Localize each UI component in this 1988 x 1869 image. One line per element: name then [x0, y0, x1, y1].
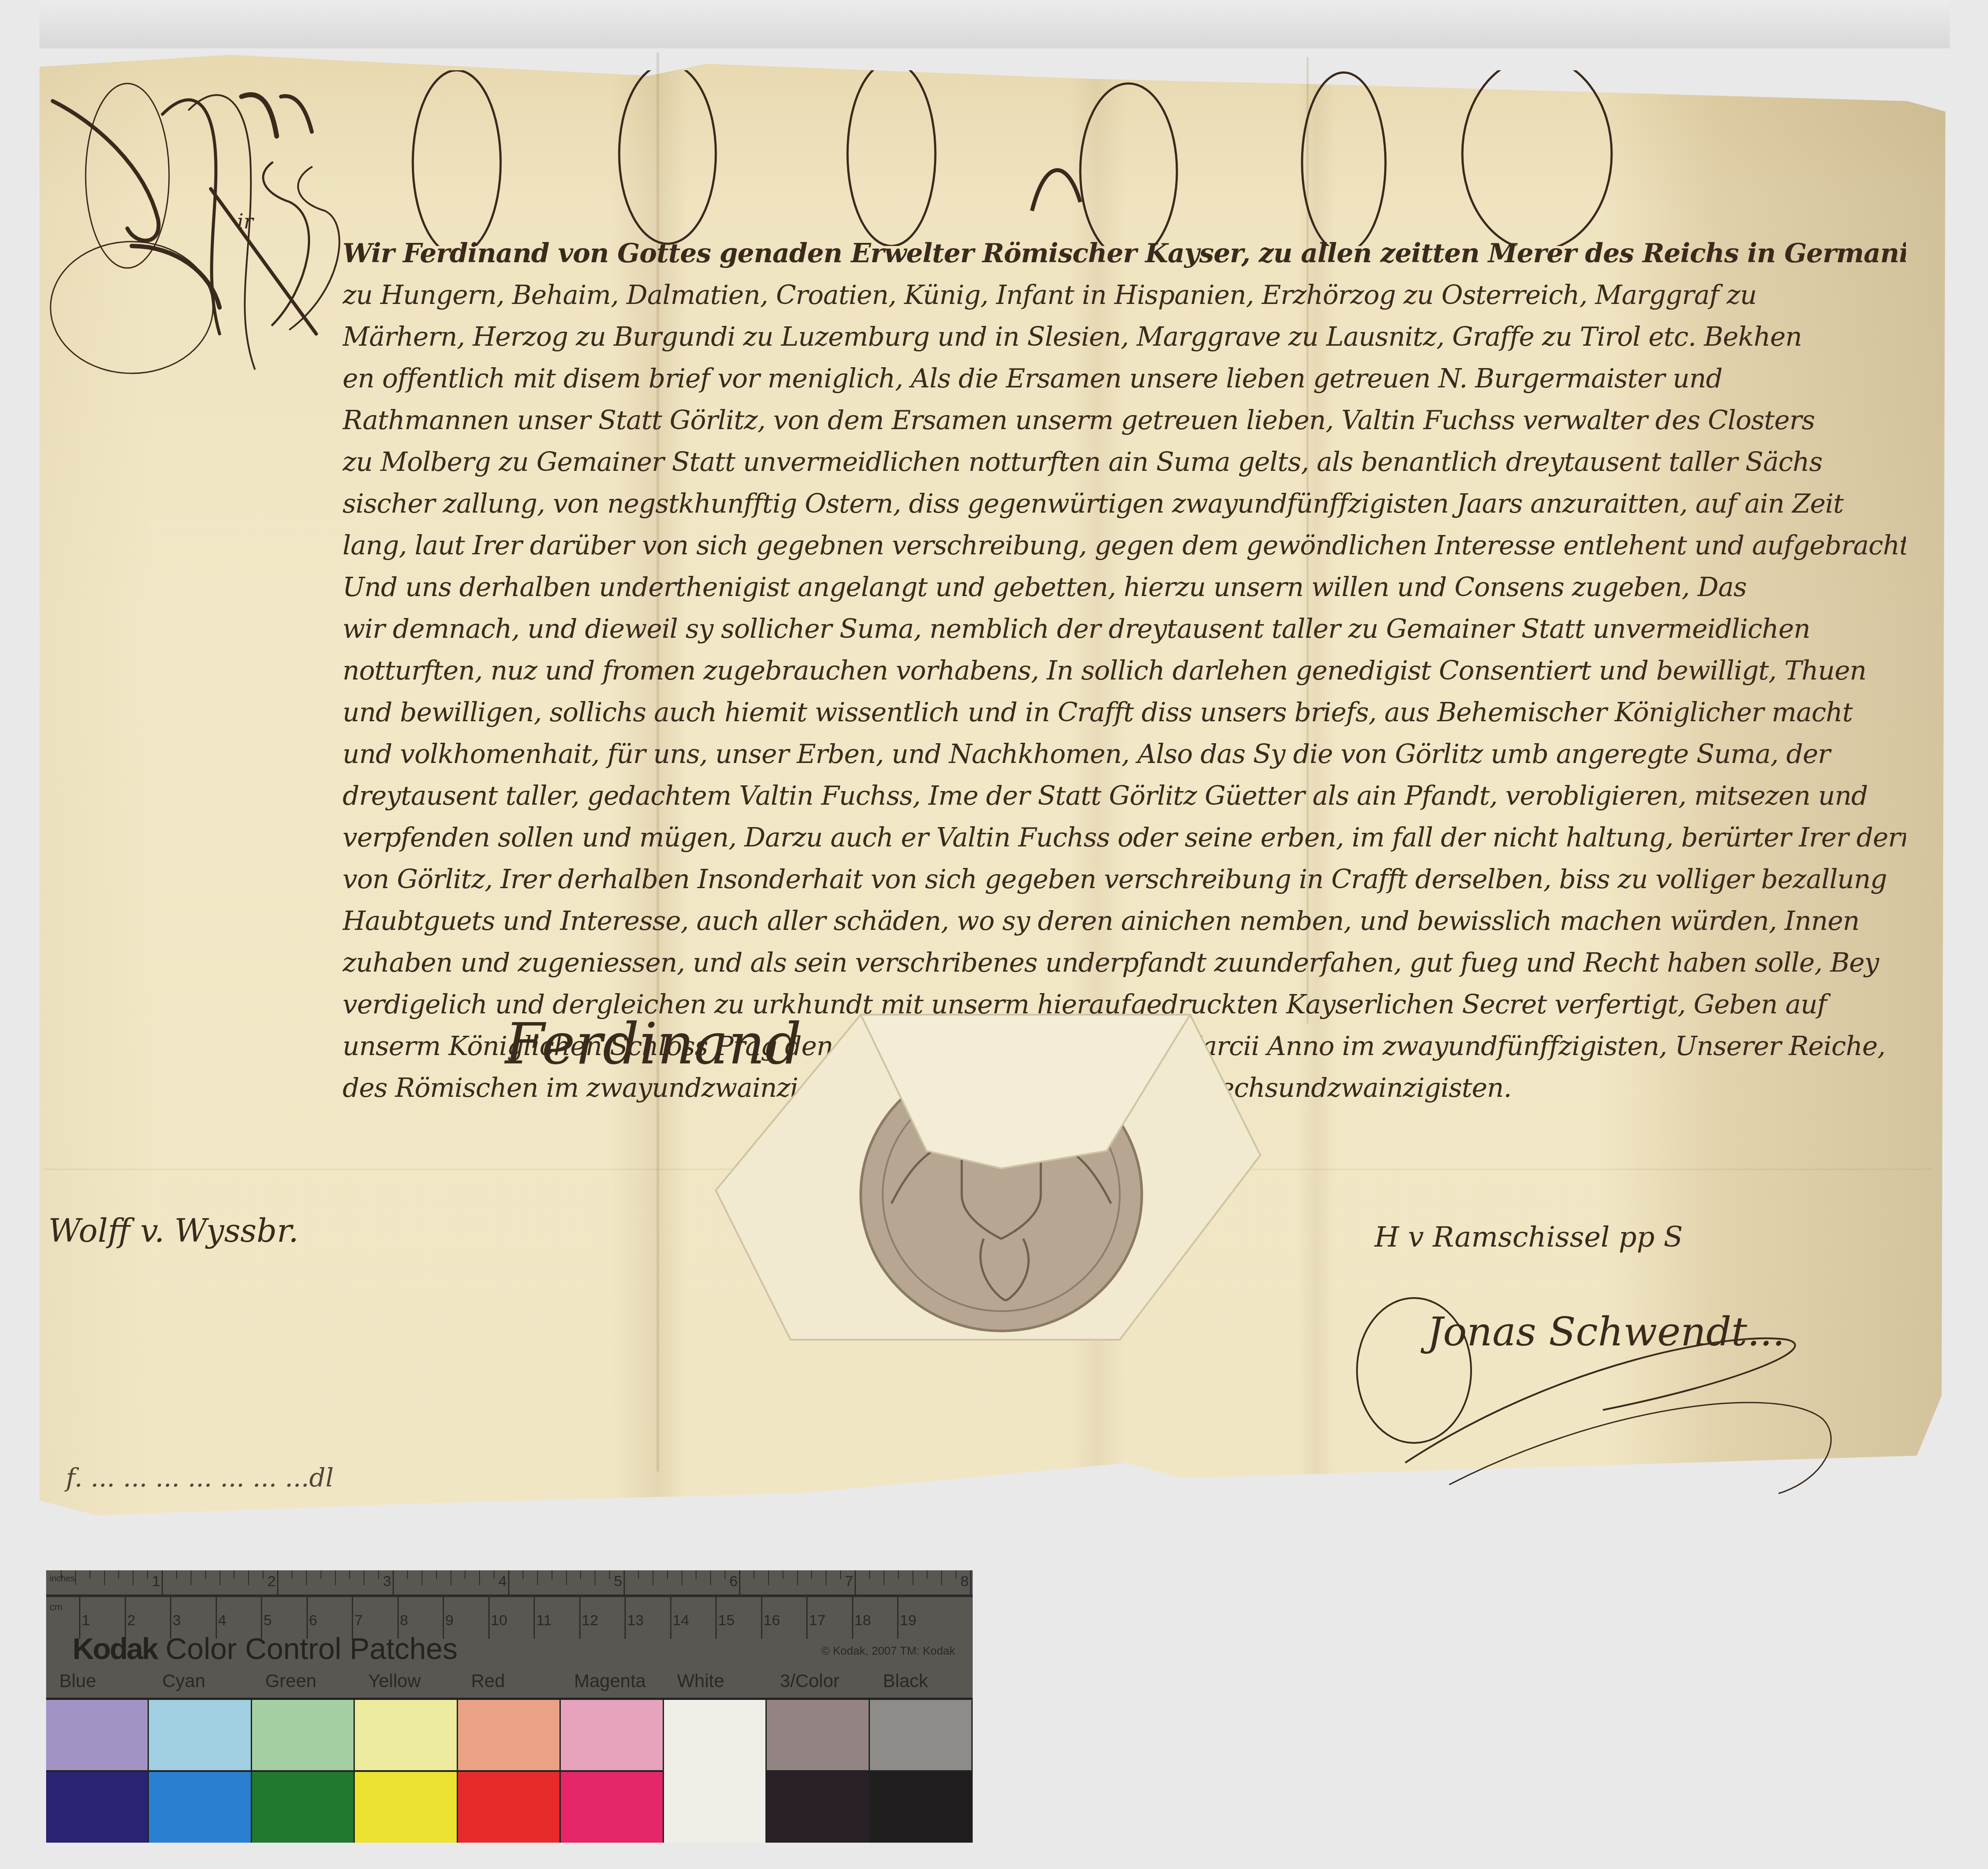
ruler-minor-tick: [710, 1570, 711, 1585]
ruler-minor-tick: [75, 1570, 76, 1585]
text-line: Rathmannen unser Statt Görlitz, von dem …: [343, 400, 1906, 441]
heading-ovals: [395, 70, 1888, 246]
target-title-text: Color Control Patches: [166, 1632, 458, 1666]
ruler-minor-tick: [133, 1570, 133, 1585]
patch-label-yellow: Yellow: [368, 1670, 421, 1692]
ruler-inch-number: 4: [498, 1573, 507, 1590]
text-line: und volkhomenhait, für uns, unser Erben,…: [343, 734, 1906, 775]
ruler-cm-number: 17: [809, 1612, 826, 1629]
ruler-cm-number: 7: [354, 1612, 363, 1629]
ruler-minor-tick: [306, 1570, 307, 1585]
ruler-minor-tick: [667, 1570, 668, 1579]
ruler-inches-label: inches: [50, 1574, 75, 1584]
ruler-minor-tick: [263, 1570, 263, 1579]
ruler-minor-tick: [783, 1570, 783, 1579]
ruler-minor-tick: [321, 1570, 321, 1579]
ruler-minor-tick: [465, 1570, 465, 1579]
ruler-minor-tick: [234, 1570, 235, 1579]
ruler-cm-number: 4: [218, 1612, 227, 1629]
text-line: Und uns derhalben underthenigist angelan…: [343, 567, 1906, 608]
ruler-inch-tick: [970, 1570, 971, 1594]
ruler-cm-tick: [579, 1597, 581, 1639]
ruler-minor-tick: [118, 1570, 119, 1579]
ruler-minor-tick: [884, 1570, 884, 1585]
patch-dark-blue: [46, 1770, 149, 1843]
ruler-minor-tick: [653, 1570, 653, 1585]
ruler-minor-tick: [941, 1570, 942, 1585]
ruler-minor-tick: [349, 1570, 350, 1579]
text-line: zuhaben und zugeniessen, und als sein ve…: [343, 942, 1906, 984]
scan-background: [40, 0, 1950, 48]
ruler-minor-tick: [638, 1570, 639, 1579]
patch-label-magenta: Magenta: [574, 1670, 646, 1692]
ruler-minor-tick: [191, 1570, 191, 1585]
ruler-minor-tick: [147, 1570, 148, 1579]
ruler-cm-number: 16: [764, 1612, 780, 1629]
ruler-minor-tick: [176, 1570, 177, 1579]
ruler-minor-tick: [335, 1570, 336, 1585]
ruler-minor-tick: [494, 1570, 494, 1579]
patch-label-red: Red: [471, 1670, 505, 1692]
patch-label-blue: Blue: [59, 1670, 96, 1692]
text-line: und bewilligen, sollichs auch hiemit wis…: [343, 692, 1906, 734]
patch-label-green: Green: [265, 1670, 317, 1692]
ruler-minor-tick: [696, 1570, 696, 1579]
wax-seal: [698, 1010, 1269, 1344]
text-line: zu Molberg zu Gemainer Statt unvermeidli…: [343, 441, 1906, 483]
patch-dark-yellow: [355, 1770, 458, 1843]
ruler-inch-tick: [393, 1570, 394, 1594]
ruler-cm-tick: [624, 1597, 626, 1639]
ruler-cm-number: 19: [900, 1612, 916, 1629]
patch-label-cyan: Cyan: [162, 1670, 205, 1692]
text-line: dreytausent taller, gedachtem Valtin Fuc…: [343, 775, 1906, 817]
ruler-cm-number: 3: [173, 1612, 181, 1629]
patch-dark-magenta: [561, 1770, 664, 1843]
ruler-cm-tick: [715, 1597, 717, 1639]
ruler-inch-number: 7: [845, 1573, 853, 1590]
ruler-minor-tick: [927, 1570, 927, 1579]
ruler-cm-number: 13: [627, 1612, 644, 1629]
text-line: en offentlich mit disem brief vor menigl…: [343, 358, 1906, 400]
ruler-inch-tick: [508, 1570, 509, 1594]
patch-dark-cyan: [149, 1770, 252, 1843]
ruler-inch-tick: [277, 1570, 278, 1594]
ruler-minor-tick: [451, 1570, 451, 1585]
ruler-minor-tick: [479, 1570, 480, 1585]
ruler-minor-tick: [364, 1570, 364, 1585]
bottom-edge-text: f. ... ... ... ... ... ... ...dl: [66, 1463, 334, 1493]
ruler-minor-tick: [609, 1570, 610, 1579]
text-line: zu Hungern, Behaim, Dalmatien, Croatien,…: [343, 275, 1906, 316]
charter-text: Wir Ferdinand von Gottes genaden Erwelte…: [343, 233, 1906, 1109]
ruler-cm-tick: [806, 1597, 808, 1639]
ruler-cm-number: 10: [491, 1612, 508, 1629]
ruler-inch-tick: [162, 1570, 163, 1594]
text-line: notturften, nuz und fromen zugebrauchen …: [343, 650, 1906, 692]
ruler-minor-tick: [205, 1570, 206, 1579]
ruler-cm-number: 5: [263, 1612, 272, 1629]
ruler-cm-tick: [534, 1597, 535, 1639]
ruler-minor-tick: [248, 1570, 249, 1585]
ruler-cm-tick: [897, 1597, 898, 1639]
ruler-cm-label: cm: [50, 1601, 62, 1613]
ruler-minor-tick: [436, 1570, 437, 1579]
ruler-inch-tick: [739, 1570, 740, 1594]
ruler-cm-number: 15: [718, 1612, 735, 1629]
ruler-inch-number: 2: [267, 1573, 276, 1590]
ruler-minor-tick: [898, 1570, 899, 1579]
ruler-minor-tick: [378, 1570, 379, 1579]
ruler-cm-number: 6: [309, 1612, 318, 1629]
ruler-cm-number: 1: [82, 1612, 90, 1629]
ruler-cm-number: 2: [127, 1612, 136, 1629]
kodak-color-target: inches cm 12345678 123456789101112131415…: [46, 1570, 973, 1840]
signature-flourish-icon: [1339, 1296, 1954, 1515]
patch-dark-red: [458, 1770, 561, 1843]
target-title: Kodak Color Control Patches: [72, 1632, 458, 1666]
ruler-minor-tick: [537, 1570, 538, 1585]
text-line: Wir Ferdinand von Gottes genaden Erwelte…: [343, 233, 1906, 275]
ruler-minor-tick: [754, 1570, 754, 1579]
ruler-minor-tick: [869, 1570, 870, 1579]
patch-label-3-color: 3/Color: [780, 1670, 839, 1692]
ruler-inch-number: 8: [960, 1573, 969, 1590]
text-line: wir demnach, und dieweil sy sollicher Su…: [343, 608, 1906, 650]
ruler-minor-tick: [90, 1570, 90, 1579]
ruler-cm-number: 9: [445, 1612, 454, 1629]
patch-label-black: Black: [883, 1670, 928, 1692]
ruler-cm-number: 14: [673, 1612, 689, 1629]
ruler-minor-tick: [956, 1570, 956, 1579]
ruler-cm-number: 11: [536, 1612, 552, 1629]
text-line: Märhern, Herzog zu Burgundi zu Luzemburg…: [343, 316, 1906, 358]
ruler-minor-tick: [768, 1570, 769, 1585]
ruler-inch-tick: [624, 1570, 625, 1594]
ruler-cm-tick: [852, 1597, 853, 1639]
ruler-cm-number: 18: [855, 1612, 871, 1629]
patch-light-magenta: [561, 1700, 664, 1770]
ruler-minor-tick: [913, 1570, 913, 1585]
ruler-minor-tick: [682, 1570, 682, 1585]
countersignature-left: Wolff v. Wyssbr.: [48, 1212, 299, 1249]
text-line: Haubtguets und Interesse, auch aller sch…: [343, 900, 1906, 942]
ruler-minor-tick: [523, 1570, 523, 1579]
patch-dark-3-color: [767, 1770, 870, 1843]
ruler-minor-tick: [725, 1570, 725, 1579]
ruler-minor-tick: [580, 1570, 581, 1579]
patch-light-yellow: [355, 1700, 458, 1770]
ruler-minor-tick: [840, 1570, 841, 1579]
patch-labels: BlueCyanGreenYellowRedMagentaWhite3/Colo…: [46, 1670, 973, 1697]
ruler-minor-tick: [292, 1570, 292, 1579]
ruler-cm-tick: [670, 1597, 671, 1639]
ruler-inch-number: 6: [729, 1573, 738, 1590]
ruler-inch-number: 5: [614, 1573, 622, 1590]
ruler-inches-row: inches: [46, 1570, 973, 1597]
ruler-minor-tick: [104, 1570, 105, 1585]
text-line: sischer zallung, von negstkhunfftig Oste…: [343, 483, 1906, 525]
patch-light-red: [458, 1700, 561, 1770]
patch-light-black: [870, 1700, 973, 1770]
initial-small-ir: ir: [237, 210, 255, 233]
ruler-minor-tick: [220, 1570, 220, 1585]
patch-dark-green: [252, 1770, 355, 1843]
ruler-minor-tick: [595, 1570, 595, 1585]
ruler-cm-tick: [761, 1597, 762, 1639]
ruler-inch-number: 1: [152, 1573, 160, 1590]
patch-light-3-color: [767, 1700, 870, 1770]
countersignature-right-1: H v Ramschissel pp S: [1375, 1221, 1683, 1254]
text-line: lang, laut Irer darüber von sich gegebne…: [343, 525, 1906, 567]
patch-light-cyan: [149, 1700, 252, 1770]
patch-label-white: White: [677, 1670, 724, 1692]
ruler-minor-tick: [826, 1570, 826, 1585]
ruler-minor-tick: [811, 1570, 812, 1579]
kodak-brand: Kodak: [72, 1632, 157, 1666]
ruler-inch-number: 3: [383, 1573, 391, 1590]
patch-light-white: [664, 1700, 767, 1843]
ruler-minor-tick: [797, 1570, 798, 1585]
patch-dark-black: [870, 1770, 973, 1843]
ruler-minor-tick: [407, 1570, 408, 1579]
ruler-minor-tick: [566, 1570, 567, 1585]
ruler-inch-tick: [855, 1570, 856, 1594]
ruler-cm-number: 12: [582, 1612, 599, 1629]
ruler-minor-tick: [422, 1570, 422, 1585]
color-patches: [46, 1698, 973, 1843]
target-copyright: © Kodak, 2007 TM: Kodak: [821, 1644, 955, 1658]
text-line: verpfenden sollen und mügen, Darzu auch …: [343, 817, 1906, 859]
patch-light-green: [252, 1700, 355, 1770]
ruler-minor-tick: [61, 1570, 61, 1579]
ruler-cm-tick: [488, 1597, 490, 1639]
decorated-initial-w: ir: [44, 61, 351, 395]
ruler-minor-tick: [552, 1570, 552, 1579]
ruler-cm-number: 8: [400, 1612, 408, 1629]
patch-light-blue: [46, 1700, 149, 1770]
text-line: von Görlitz, Irer derhalben Insonderhait…: [343, 859, 1906, 900]
